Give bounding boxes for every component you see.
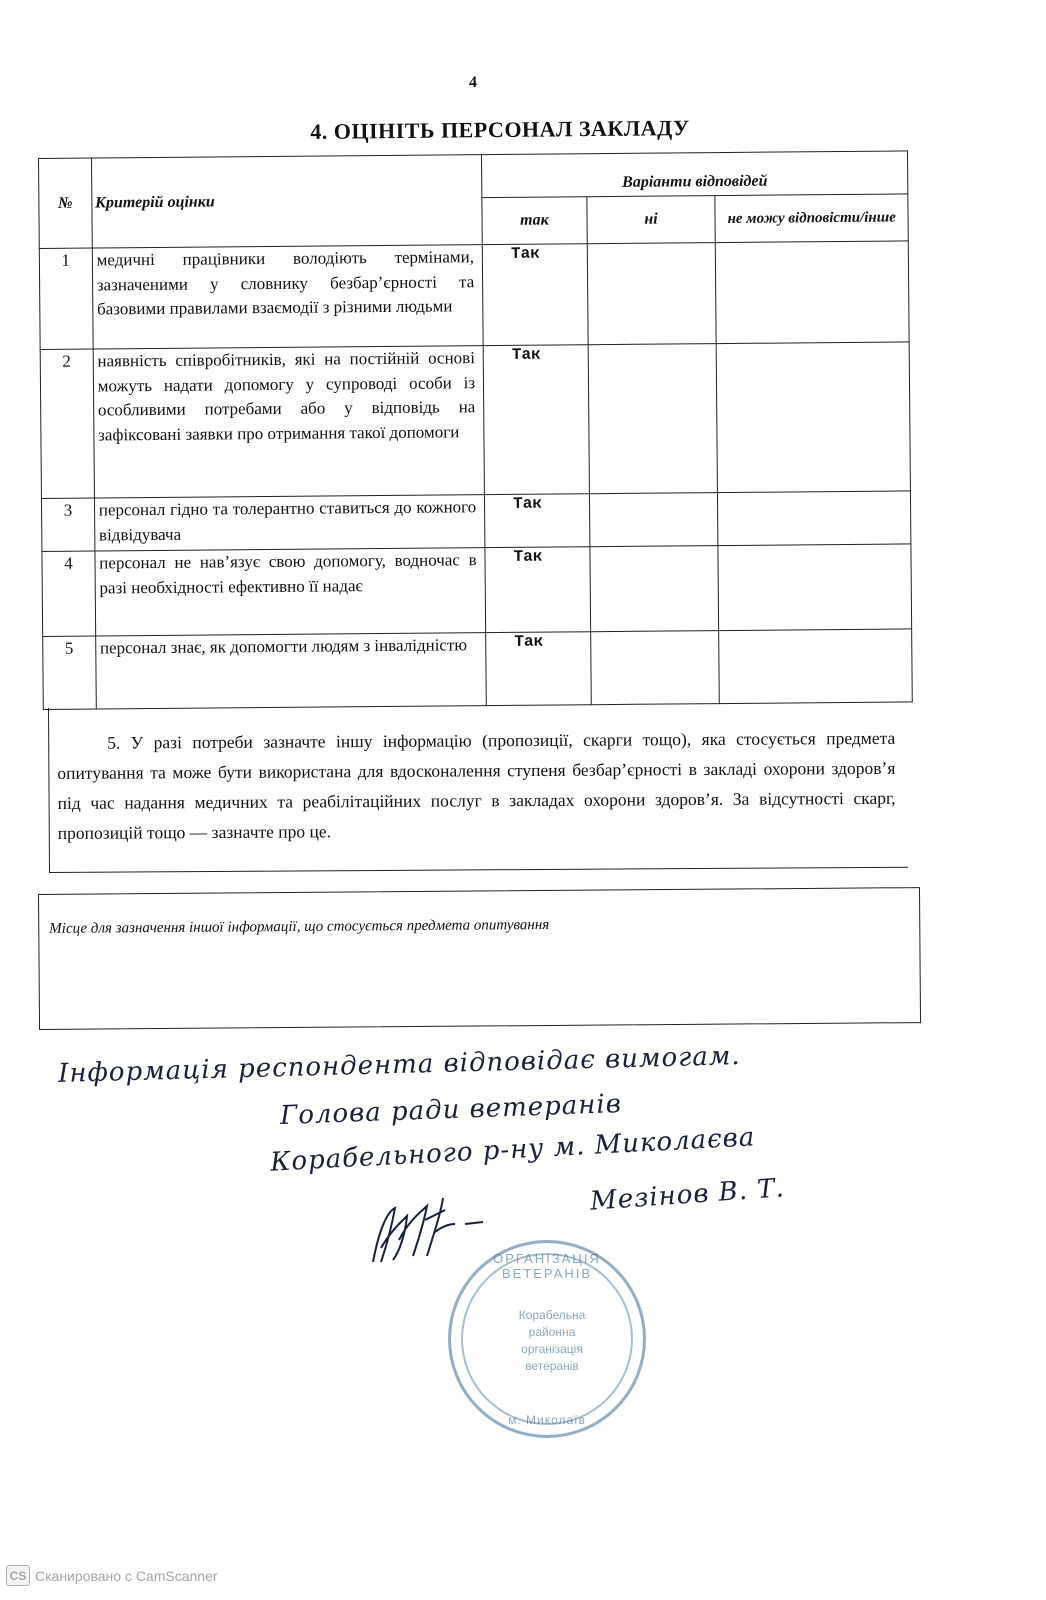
- header-criterion: Критерій оцінки: [91, 155, 482, 248]
- answer-no-cell[interactable]: [588, 344, 718, 494]
- row-criterion: персонал не нав’язує свою допомогу, водн…: [95, 548, 486, 636]
- answer-no-cell[interactable]: [589, 546, 719, 632]
- answer-other-cell[interactable]: [716, 342, 910, 493]
- answer-yes-cell[interactable]: Так: [483, 345, 589, 495]
- answer-other-cell[interactable]: [716, 241, 910, 344]
- stamp-ring-text: ОРГАНІЗАЦІЯ ВЕТЕРАНІВ: [451, 1251, 643, 1281]
- handwritten-line-3: Корабельного р-ну м. Миколаєва: [270, 1122, 756, 1177]
- answer-other-cell[interactable]: [718, 544, 911, 631]
- scanner-watermark-text: Сканировано с CamScanner: [35, 1568, 218, 1584]
- answer-yes-cell[interactable]: Так: [485, 494, 590, 548]
- table-row: 4 персонал не нав’язує свою допомогу, во…: [42, 544, 912, 637]
- row-number: 1: [39, 248, 93, 349]
- other-info-label: Місце для зазначення іншої інформації, щ…: [39, 888, 919, 938]
- answer-yes-cell[interactable]: Так: [482, 244, 587, 346]
- answer-other-cell[interactable]: [718, 491, 911, 546]
- row-number: 2: [40, 349, 94, 498]
- other-info-field[interactable]: Місце для зазначення іншої інформації, щ…: [38, 887, 921, 1030]
- row-criterion: персонал гідно та толерантно ставиться д…: [94, 495, 485, 551]
- section-title: 4. ОЦІНІТЬ ПЕРСОНАЛ ЗАКЛАДУ: [0, 112, 1000, 148]
- answer-other-cell[interactable]: [719, 629, 912, 704]
- row-criterion: наявність співробітників, які на постійн…: [93, 346, 485, 498]
- row-criterion: персонал знає, як допомогти людям з інва…: [95, 633, 486, 709]
- header-yes: так: [482, 197, 587, 245]
- handwritten-line-1: Інформація респондента відповідає вимога…: [58, 1041, 741, 1089]
- header-answer-variants: Варіанти відповідей: [482, 151, 908, 198]
- row-criterion: медичні працівники володіють термінами, …: [92, 245, 483, 349]
- row-number: 5: [43, 636, 96, 709]
- table-row: 3 персонал гідно та толерантно ставиться…: [41, 491, 910, 552]
- page-number: 4: [0, 74, 946, 92]
- stamp-city-text: м. Миколаїв: [451, 1413, 643, 1427]
- question-5-text: 5. У разі потреби зазначте іншу інформац…: [49, 703, 908, 848]
- answer-yes-cell[interactable]: Так: [485, 547, 590, 633]
- header-number: №: [39, 158, 93, 248]
- answer-no-cell[interactable]: [587, 243, 717, 345]
- scanner-watermark: CS Сканировано с CamScanner: [6, 1565, 218, 1586]
- organization-stamp: ОРГАНІЗАЦІЯ ВЕТЕРАНІВ Корабельна районна…: [448, 1240, 646, 1438]
- table-row: 1 медичні працівники володіють термінами…: [39, 241, 909, 350]
- camscanner-logo-icon: CS: [6, 1565, 30, 1586]
- handwritten-name: Мезінов В. Т.: [589, 1173, 786, 1217]
- question-5-block: 5. У разі потреби зазначте іншу інформац…: [48, 703, 908, 873]
- answer-no-cell[interactable]: [589, 493, 718, 547]
- table-row: 5 персонал знає, як допомогти людям з ін…: [43, 629, 913, 710]
- table-row: 2 наявність співробітників, які на пості…: [40, 342, 910, 499]
- header-cannot-answer: не можу відповісти/інше: [715, 194, 908, 243]
- handwritten-line-2: Голова ради ветеранів: [280, 1089, 623, 1131]
- answer-yes-cell[interactable]: Так: [486, 632, 591, 706]
- header-no: ні: [586, 196, 715, 244]
- row-number: 3: [41, 498, 94, 551]
- row-number: 4: [42, 551, 95, 636]
- staff-evaluation-table: № Критерій оцінки Варіанти відповідей та…: [38, 150, 913, 710]
- stamp-center-text: Корабельна районна організація ветеранів: [497, 1307, 607, 1375]
- answer-no-cell[interactable]: [590, 631, 719, 705]
